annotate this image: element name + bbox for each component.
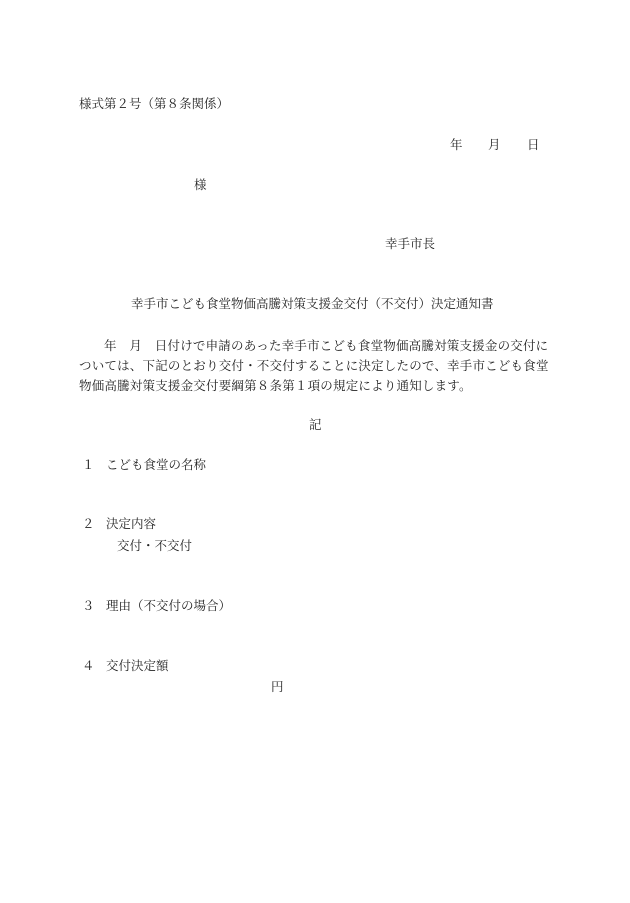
item-number: １ — [82, 457, 106, 473]
item-number: ３ — [82, 598, 106, 614]
ki-heading: 記 — [309, 417, 322, 433]
item-2-value: 交付・不交付 — [117, 538, 192, 554]
item-2: ２決定内容 — [82, 516, 156, 532]
date-day: 日 — [527, 137, 540, 153]
document-title: 幸手市こども食堂物価高騰対策支援金交付（不交付）決定通知書 — [131, 296, 494, 312]
form-number: 様式第２号（第８条関係） — [79, 96, 229, 112]
item-3: ３理由（不交付の場合） — [82, 598, 231, 614]
item-label: 理由（不交付の場合） — [106, 598, 231, 613]
item-label: 交付決定額 — [106, 658, 169, 673]
date-year: 年 — [450, 137, 463, 153]
amount-unit: 円 — [271, 679, 284, 695]
recipient-suffix: 様 — [194, 177, 207, 193]
date-month: 月 — [488, 137, 501, 153]
item-label: 決定内容 — [106, 516, 156, 531]
body-paragraph: 年 月 日付けで申請のあった幸手市こども食堂物価高騰対策支援金の交付については、… — [79, 336, 549, 396]
issuer: 幸手市長 — [385, 236, 435, 252]
item-1: １こども食堂の名称 — [82, 457, 206, 473]
item-4: ４交付決定額 — [82, 658, 169, 674]
item-number: ４ — [82, 658, 106, 674]
item-label: こども食堂の名称 — [106, 457, 206, 472]
item-number: ２ — [82, 516, 106, 532]
